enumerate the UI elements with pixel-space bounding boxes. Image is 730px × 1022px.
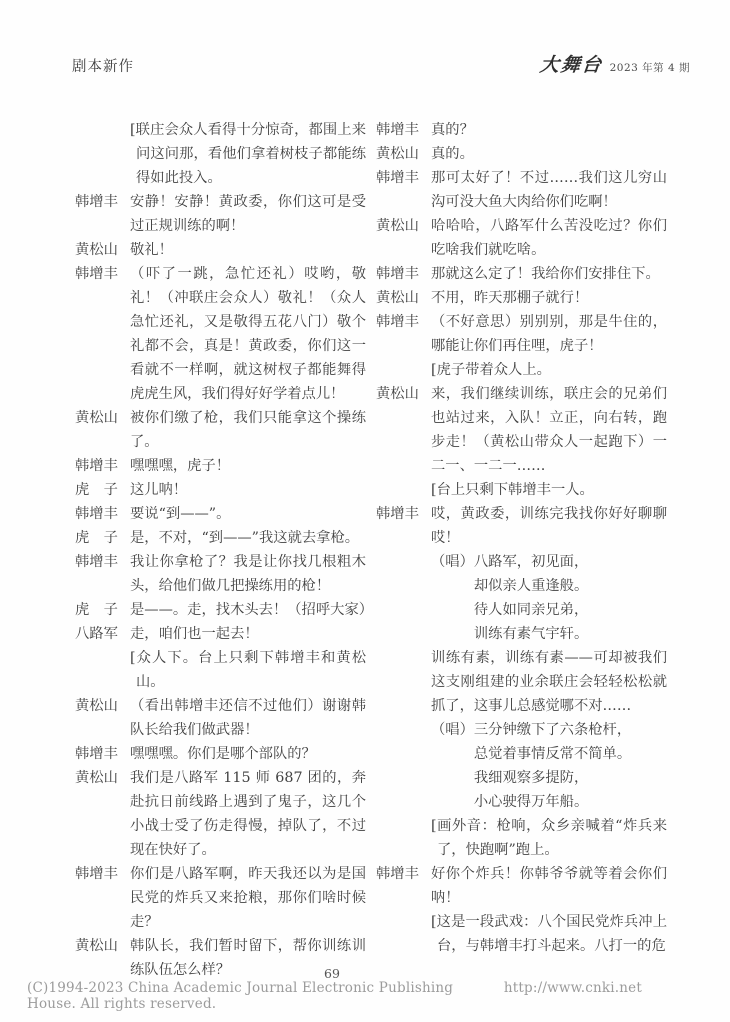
speaker-name: 虎 子 [75, 526, 130, 550]
dialogue-text: 安静！安静！黄政委，你们这可是受过正规训练的啊！ [130, 190, 366, 238]
speaker-name: 韩增丰 [75, 190, 130, 238]
dialogue-text: （不好意思）别别别，那是牛住的，哪能让你们再住哩，虎子！ [431, 310, 667, 358]
dialogue-line: 韩增丰（吓了一跳，急忙还礼）哎哟，敬礼！（冲联庄会众人）敬礼！（众人急忙还礼，又… [75, 262, 366, 406]
song-line: 训练有素气宇轩。 [474, 622, 667, 646]
dialogue-text: 真的？ [431, 118, 667, 142]
dialogue-text: 来，我们继续训练，联庄会的兄弟们也站过来，入队！立正，向右转，跑步走！（黄松山带… [431, 382, 667, 478]
song-line: 却似亲人重逢般。 [474, 574, 667, 598]
dialogue-line: 韩增丰哎，黄政委，训练完我找你好好聊聊哎！ [376, 502, 667, 550]
dialogue-text: （看出韩增丰还信不过他们）谢谢韩队长给我们做武器！ [130, 694, 366, 742]
script-body: [联庄会众人看得十分惊奇，都围上来问这问那，看他们拿着树枝子都能练得如此投入。韩… [75, 118, 668, 982]
dialogue-line: 韩增丰那可太好了！不过……我们这儿穷山沟可没大鱼大肉给你们吃啊！ [376, 166, 667, 214]
speaker-name: 韩增丰 [75, 502, 130, 526]
speaker-name: 黄松山 [376, 382, 431, 478]
speaker-name: 韩增丰 [376, 262, 431, 286]
song-block: （唱）八路军，初见面，却似亲人重逢般。待人如同亲兄弟，训练有素气宇轩。 [376, 550, 667, 646]
dialogue-text: 那就这么定了！我给你们安排住下。 [431, 262, 667, 286]
speaker-name: 八路军 [75, 622, 130, 646]
dialogue-text: 我们是八路军 115 师 687 团的，奔赴抗日前线路上遇到了鬼子，这几个小战士… [130, 766, 366, 862]
speaker-name: 韩增丰 [75, 550, 130, 598]
dialogue-line: 八路军走，咱们也一起去！ [75, 622, 366, 646]
dialogue-text: 哈哈哈，八路军什么苦没吃过？你们吃啥我们就吃啥。 [431, 214, 667, 262]
dialogue-line: 韩增丰那就这么定了！我给你们安排住下。 [376, 262, 667, 286]
journal-issue: 2023 年第 4 期 [610, 60, 690, 75]
dialogue-text: 要说“到——”。 [130, 502, 366, 526]
dialogue-line: 黄松山真的。 [376, 142, 667, 166]
speaker-name: 黄松山 [376, 142, 431, 166]
speaker-name: 韩增丰 [376, 502, 431, 550]
dialogue-line: 虎 子是——。走，找木头去！（招呼大家） [75, 598, 366, 622]
dialogue-line: 韩增丰我让你拿枪了？我是让你找几根粗木头，给他们做几把操练用的枪！ [75, 550, 366, 598]
copyright-text: (C)1994-2023 China Academic Journal Elec… [27, 980, 504, 1012]
journal-mark: 大舞台 2023 年第 4 期 [540, 50, 690, 77]
stage-direction: [这是一段武戏：八个国民党炸兵冲上台，与韩增丰打斗起来。八打一的危 [376, 910, 667, 958]
page-header: 剧本新作 大舞台 2023 年第 4 期 [72, 50, 690, 77]
dialogue-text: 是——。走，找木头去！（招呼大家） [130, 598, 366, 622]
dialogue-line: 韩增丰要说“到——”。 [75, 502, 366, 526]
dialogue-text: 是，不对，“到——”我这就去拿枪。 [130, 526, 366, 550]
dialogue-text: 我让你拿枪了？我是让你找几根粗木头，给他们做几把操练用的枪！ [130, 550, 366, 598]
dialogue-line: 黄松山不用，昨天那棚子就行！ [376, 286, 667, 310]
dialogue-text: （吓了一跳，急忙还礼）哎哟，敬礼！（冲联庄会众人）敬礼！（众人急忙还礼，又是敬得… [130, 262, 366, 406]
cnki-url: http://www.cnki.net [504, 980, 642, 1012]
dialogue-line: 韩增丰嘿嘿嘿，虎子！ [75, 454, 366, 478]
song-label: （唱） [431, 718, 474, 814]
right-column: 韩增丰真的？黄松山真的。韩增丰那可太好了！不过……我们这儿穷山沟可没大鱼大肉给你… [376, 118, 667, 982]
song-line: 小心驶得万年船。 [474, 790, 667, 814]
journal-logo: 大舞台 [538, 50, 604, 77]
speaker-name: 黄松山 [75, 694, 130, 742]
speaker-name: 虎 子 [75, 478, 130, 502]
dialogue-line: 韩增丰嘿嘿嘿。你们是哪个部队的？ [75, 742, 366, 766]
speaker-name: 韩增丰 [75, 862, 130, 934]
speaker-name: 黄松山 [376, 286, 431, 310]
dialogue-text: 被你们缴了枪，我们只能拿这个操练了。 [130, 406, 366, 454]
speaker-name: 韩增丰 [75, 454, 130, 478]
dialogue-text: 不用，昨天那棚子就行！ [431, 286, 667, 310]
dialogue-line: 黄松山（看出韩增丰还信不过他们）谢谢韩队长给我们做武器！ [75, 694, 366, 742]
dialogue-line: 韩增丰你们是八路军啊，昨天我还以为是国民党的炸兵又来抢粮，那你们啥时候走？ [75, 862, 366, 934]
dialogue-text: 这儿呐！ [130, 478, 366, 502]
speaker-name: 黄松山 [376, 214, 431, 262]
copyright-footer: (C)1994-2023 China Academic Journal Elec… [27, 980, 642, 1012]
stage-direction: [联庄会众人看得十分惊奇，都围上来问这问那，看他们拿着树枝子都能练得如此投入。 [75, 118, 366, 190]
dialogue-line: 虎 子是，不对，“到——”我这就去拿枪。 [75, 526, 366, 550]
speaker-name: 韩增丰 [75, 262, 130, 406]
dialogue-text: 好你个炸兵！你韩爷爷就等着会你们呐！ [431, 862, 667, 910]
speaker-name: 韩增丰 [376, 310, 431, 358]
dialogue-line: 黄松山来，我们继续训练，联庄会的兄弟们也站过来，入队！立正，向右转，跑步走！（黄… [376, 382, 667, 478]
song-line: 我细观察多提防， [474, 766, 667, 790]
dialogue-text: 走，咱们也一起去！ [130, 622, 366, 646]
song-line: 总觉着事情反常不简单。 [474, 742, 667, 766]
dialogue-line: 黄松山我们是八路军 115 师 687 团的，奔赴抗日前线路上遇到了鬼子，这几个… [75, 766, 366, 862]
dialogue-line: 虎 子这儿呐！ [75, 478, 366, 502]
speaker-name: 黄松山 [75, 406, 130, 454]
speaker-name: 韩增丰 [376, 862, 431, 910]
song-line: 三分钟缴下了六条枪杆， [474, 718, 667, 742]
dialogue-line: 韩增丰真的？ [376, 118, 667, 142]
song-lines: 三分钟缴下了六条枪杆，总觉着事情反常不简单。我细观察多提防，小心驶得万年船。 [474, 718, 667, 814]
dialogue-line: 韩增丰好你个炸兵！你韩爷爷就等着会你们呐！ [376, 862, 667, 910]
section-title: 剧本新作 [72, 55, 134, 76]
speaker-name: 虎 子 [75, 598, 130, 622]
speaker-name: 黄松山 [75, 766, 130, 862]
dialogue-continuation: 训练有素，训练有素——可却被我们这支刚组建的业余联庄会轻轻松松就抓了，这事儿总感… [376, 646, 667, 718]
song-line: 待人如同亲兄弟， [474, 598, 667, 622]
song-block: （唱）三分钟缴下了六条枪杆，总觉着事情反常不简单。我细观察多提防，小心驶得万年船… [376, 718, 667, 814]
journal-page: 剧本新作 大舞台 2023 年第 4 期 [联庄会众人看得十分惊奇，都围上来问这… [0, 0, 730, 1022]
dialogue-text: 敬礼！ [130, 238, 366, 262]
speaker-name: 黄松山 [75, 238, 130, 262]
dialogue-line: 韩增丰安静！安静！黄政委，你们这可是受过正规训练的啊！ [75, 190, 366, 238]
dialogue-text: 你们是八路军啊，昨天我还以为是国民党的炸兵又来抢粮，那你们啥时候走？ [130, 862, 366, 934]
dialogue-text: 那可太好了！不过……我们这儿穷山沟可没大鱼大肉给你们吃啊！ [431, 166, 667, 214]
dialogue-line: 黄松山哈哈哈，八路军什么苦没吃过？你们吃啥我们就吃啥。 [376, 214, 667, 262]
song-lines: 八路军，初见面，却似亲人重逢般。待人如同亲兄弟，训练有素气宇轩。 [474, 550, 667, 646]
stage-direction: [画外音：枪响，众乡亲喊着“炸兵来了，快跑啊”跑上。 [376, 814, 667, 862]
dialogue-line: 韩增丰（不好意思）别别别，那是牛住的，哪能让你们再住哩，虎子！ [376, 310, 667, 358]
speaker-name: 韩增丰 [376, 118, 431, 142]
dialogue-text: 嘿嘿嘿，虎子！ [130, 454, 366, 478]
dialogue-text: 嘿嘿嘿。你们是哪个部队的？ [130, 742, 366, 766]
dialogue-line: 黄松山被你们缴了枪，我们只能拿这个操练了。 [75, 406, 366, 454]
left-column: [联庄会众人看得十分惊奇，都围上来问这问那，看他们拿着树枝子都能练得如此投入。韩… [75, 118, 366, 982]
song-label: （唱） [431, 550, 474, 646]
song-line: 八路军，初见面， [474, 550, 667, 574]
stage-direction: [虎子带着众人上。 [376, 358, 667, 382]
speaker-name: 韩增丰 [376, 166, 431, 214]
dialogue-line: 黄松山敬礼！ [75, 238, 366, 262]
stage-direction: [众人下。台上只剩下韩增丰和黄松山。 [75, 646, 366, 694]
stage-direction: [台上只剩下韩增丰一人。 [376, 478, 667, 502]
dialogue-text: 哎，黄政委，训练完我找你好好聊聊哎！ [431, 502, 667, 550]
speaker-name: 韩增丰 [75, 742, 130, 766]
dialogue-text: 真的。 [431, 142, 667, 166]
page-number: 69 [0, 966, 664, 981]
